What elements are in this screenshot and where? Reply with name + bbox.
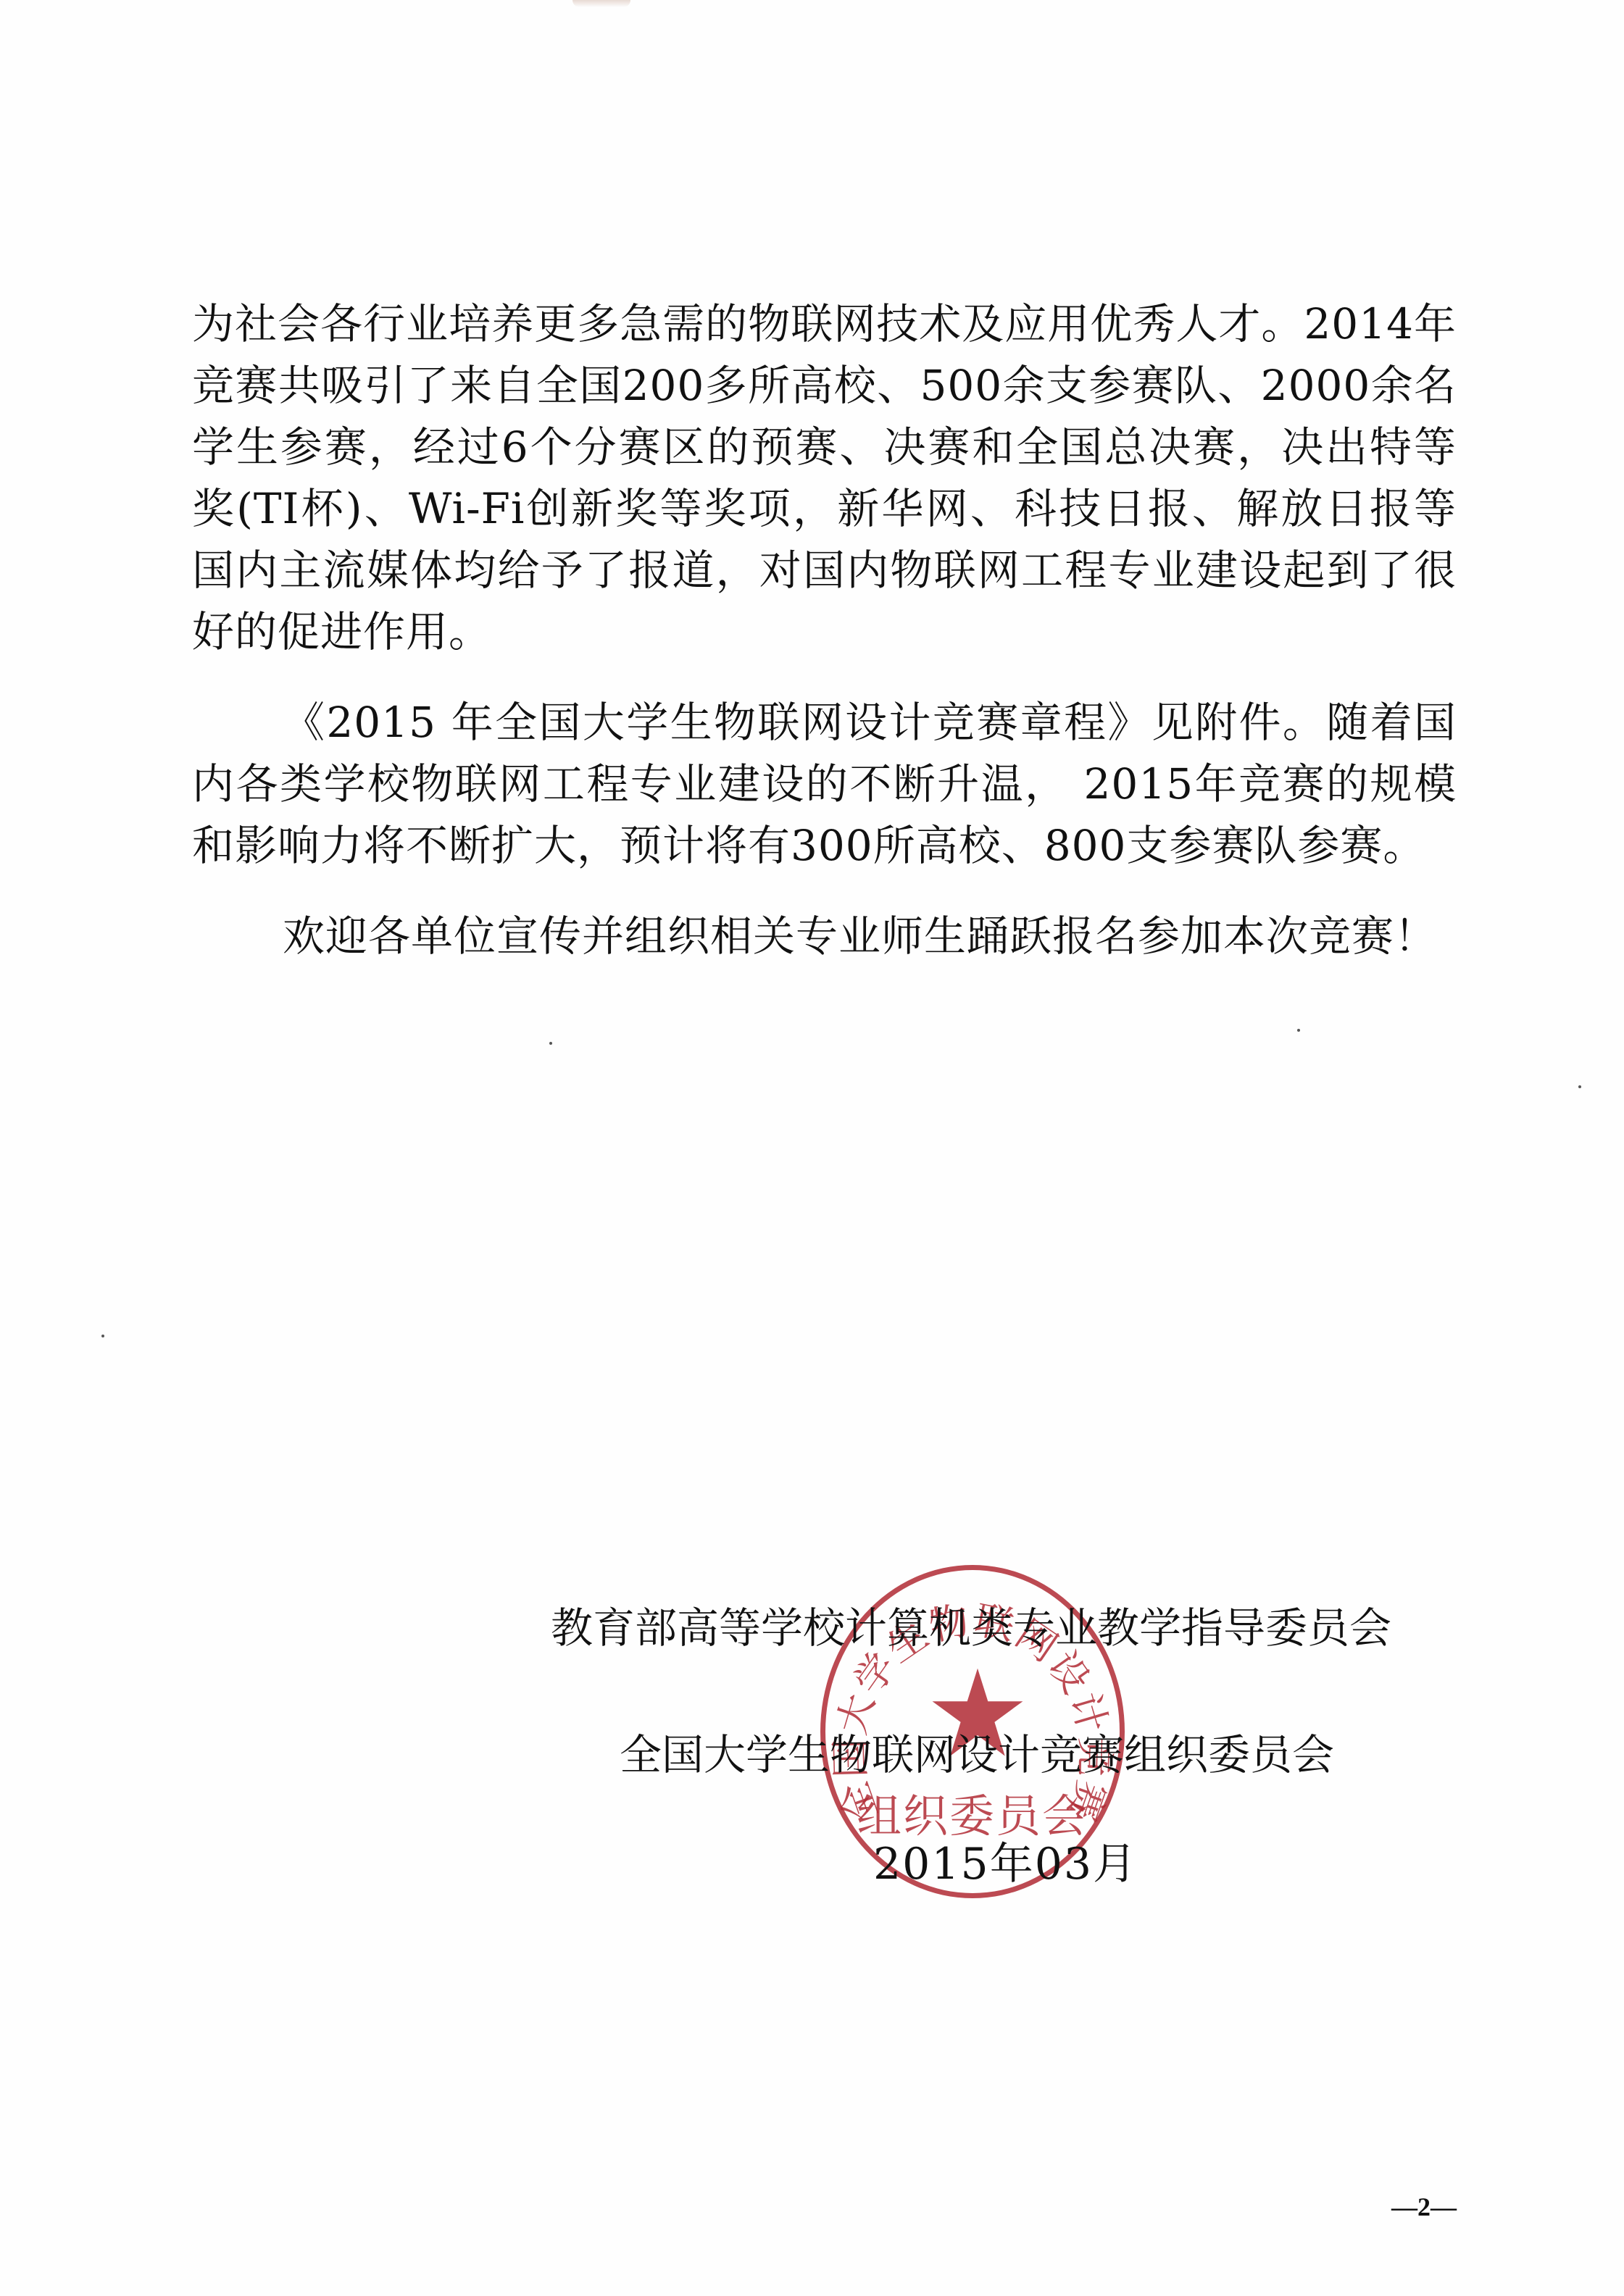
scan-speck bbox=[101, 1335, 104, 1337]
document-page: 为社会各行业培养更多急需的物联网技术及应用优秀人才。2014年竞赛共吸引了来自全… bbox=[0, 0, 1624, 2296]
scan-artifact bbox=[572, 0, 630, 7]
signature-org-1: 教育部高等学校计算机类专业教学指导委员会 bbox=[551, 1594, 1391, 1655]
signature-date: 2015年03月 bbox=[873, 1829, 1138, 1892]
paragraph-2: 《2015 年全国大学生物联网设计竞赛章程》见附件。随着国内各类学校物联网工程专… bbox=[192, 692, 1457, 877]
scan-speck bbox=[1297, 1029, 1300, 1032]
page-number: —2— bbox=[1391, 2192, 1457, 2222]
paragraph-1: 为社会各行业培养更多急需的物联网技术及应用优秀人才。2014年竞赛共吸引了来自全… bbox=[192, 293, 1457, 663]
signature-org-2: 全国大学生物联网设计竞赛组织委员会 bbox=[620, 1721, 1334, 1782]
paragraph-3: 欢迎各单位宣传并组织相关专业师生踊跃报名参加本次竞赛！ bbox=[192, 906, 1457, 967]
scan-speck bbox=[549, 1042, 552, 1045]
document-body: 为社会各行业培养更多急需的物联网技术及应用优秀人才。2014年竞赛共吸引了来自全… bbox=[192, 293, 1457, 967]
scan-speck bbox=[1578, 1085, 1581, 1088]
